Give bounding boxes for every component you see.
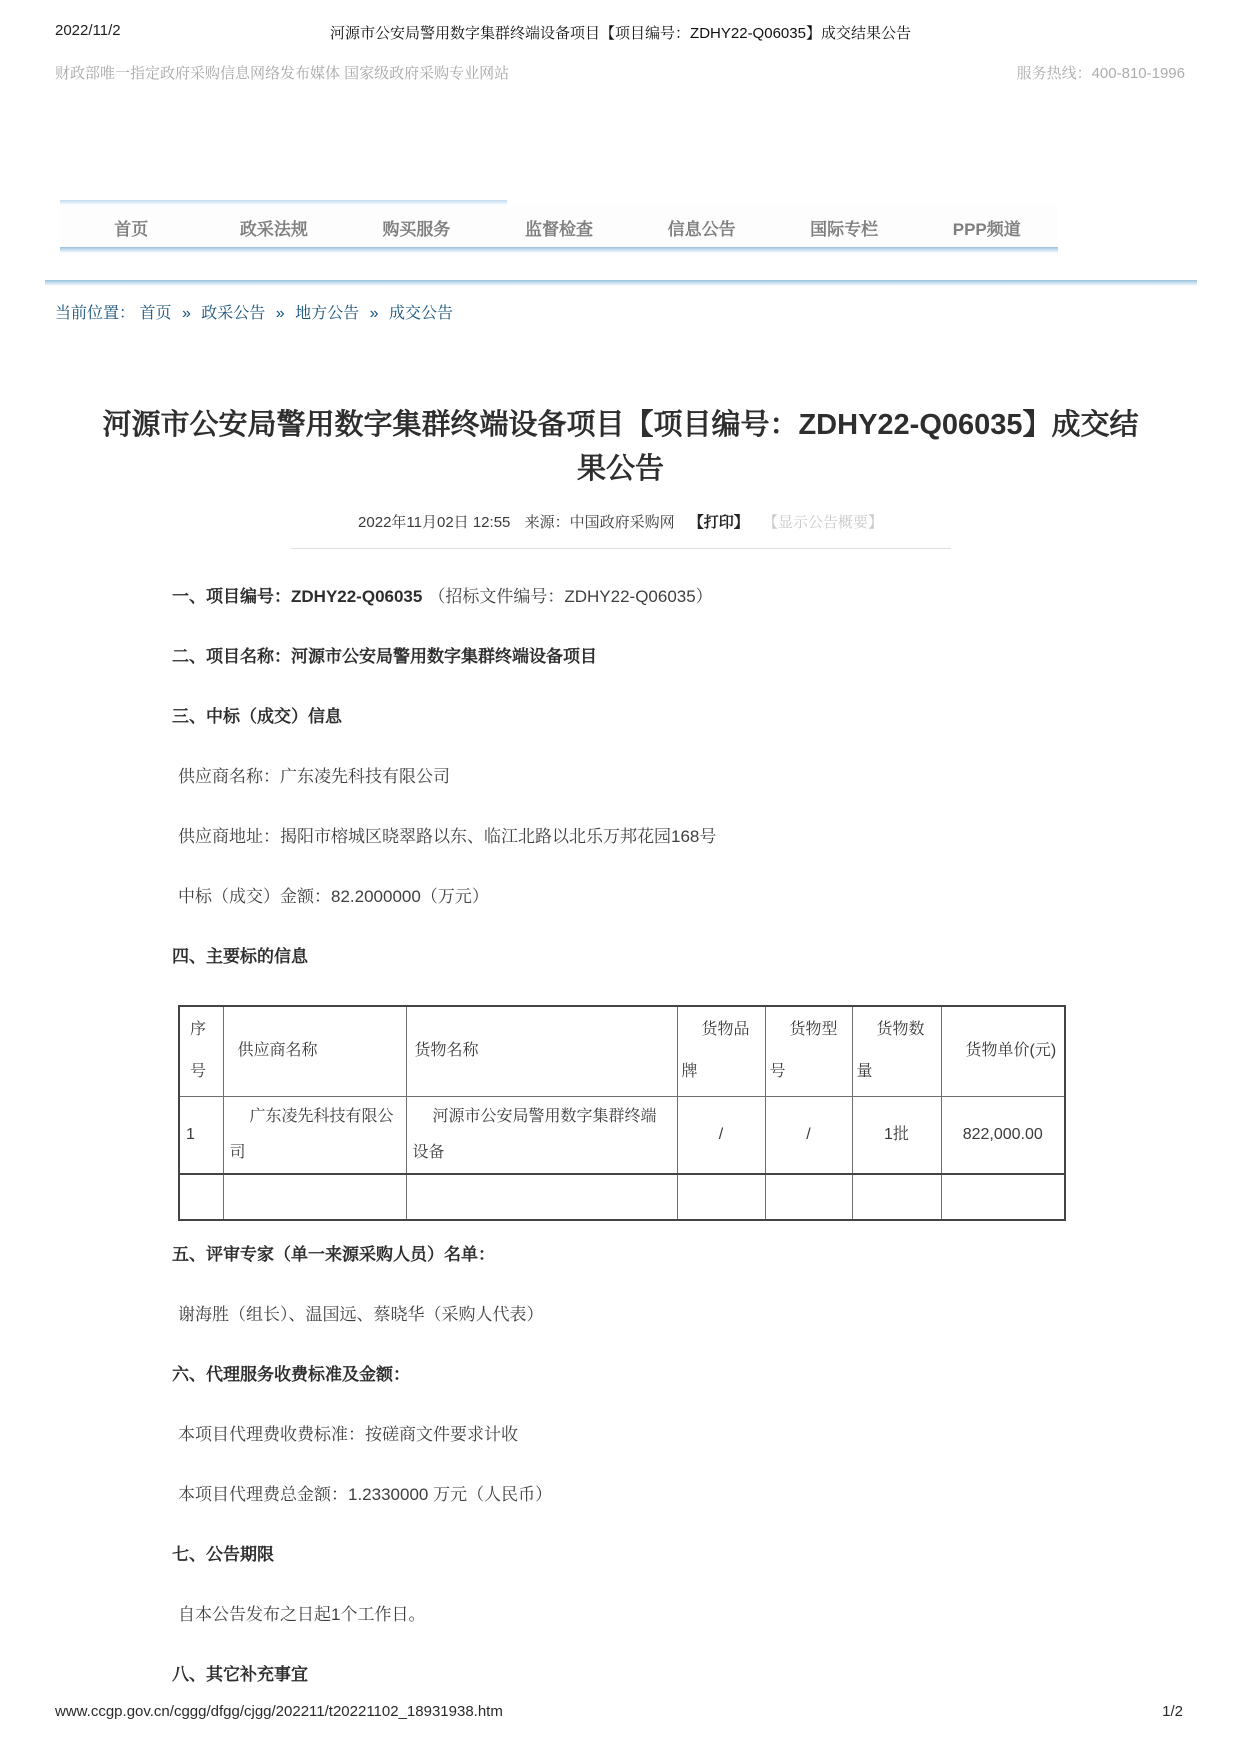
section-project-name: 二、项目名称：河源市公安局警用数字集群终端设备项目: [172, 645, 1064, 669]
source-label: 来源：中国政府采购网: [525, 514, 675, 531]
section-award-amount: 中标（成交）金额：82.2000000（万元）: [172, 885, 1064, 909]
announcement-title: 河源市公安局警用数字集群终端设备项目【项目编号：ZDHY22-Q06035】成交…: [91, 403, 1151, 491]
table-row: 1 广东凌先科技有限公司 河源市公安局警用数字集群终端设备 / / 1批 822…: [179, 1096, 1065, 1174]
nav-item-ppp-channel[interactable]: PPP频道: [915, 215, 1058, 240]
breadcrumb-link-home[interactable]: 首页: [139, 305, 171, 322]
section-supplier-address: 供应商地址：揭阳市榕城区晓翠路以东、临江北路以北乐万邦花园168号: [172, 825, 1064, 849]
footer-url: www.ccgp.gov.cn/cggg/dfgg/cjgg/202211/t2…: [55, 1703, 503, 1720]
section-experts-heading: 五、评审专家（单一来源采购人员）名单：: [172, 1243, 1064, 1267]
page: 2022/11/2 河源市公安局警用数字集群终端设备项目【项目编号：ZDHY22…: [0, 0, 1241, 1755]
section-project-number: 一、项目编号：ZDHY22-Q06035（招标文件编号：ZDHY22-Q0603…: [172, 585, 1064, 609]
print-footer: www.ccgp.gov.cn/cggg/dfgg/cjgg/202211/t2…: [0, 1703, 1241, 1723]
site-tagline: 财政部唯一指定政府采购信息网络发布媒体 国家级政府采购专业网站: [55, 62, 509, 83]
section-experts-names: 谢海胜（组长）、温国远、蔡晓华（采购人代表）: [172, 1303, 1064, 1327]
article: 河源市公安局警用数字集群终端设备项目【项目编号：ZDHY22-Q06035】成交…: [0, 403, 1241, 1723]
nav-underline: [60, 247, 1058, 253]
cell-seq: 1: [179, 1096, 223, 1174]
col-header-seq: 序号: [179, 1006, 223, 1096]
cell-empty: [406, 1174, 677, 1220]
nav-item-supervision[interactable]: 监督检查: [488, 215, 631, 240]
cell-empty: [179, 1174, 223, 1220]
cell-empty: [765, 1174, 852, 1220]
show-summary-button[interactable]: 【显示公告概要】: [763, 514, 883, 531]
cell-goods-name: 河源市公安局警用数字集群终端设备: [406, 1096, 677, 1174]
cell-empty: [677, 1174, 765, 1220]
breadcrumb-separator: »: [370, 305, 379, 322]
section-agency-fee-standard: 本项目代理费收费标准：按磋商文件要求计收: [172, 1423, 1064, 1447]
section-supplier-name: 供应商名称：广东凌先科技有限公司: [172, 765, 1064, 789]
col-header-unit-price: 货物单价(元): [941, 1006, 1065, 1096]
breadcrumb-separator: »: [182, 305, 191, 322]
cell-empty: [852, 1174, 941, 1220]
breadcrumb-link-local-announcements[interactable]: 地方公告: [295, 305, 359, 322]
breadcrumb-separator: »: [276, 305, 285, 322]
cell-empty: [223, 1174, 406, 1220]
col-header-brand: 货物品牌: [677, 1006, 765, 1096]
table-row-empty: [179, 1174, 1065, 1220]
section-main-subject-heading: 四、主要标的信息: [172, 945, 1064, 969]
nav-item-purchase-services[interactable]: 购买服务: [345, 215, 488, 240]
col-header-goods-name: 货物名称: [406, 1006, 677, 1096]
section-other-matters-heading: 八、其它补充事宜: [172, 1663, 1064, 1687]
cell-empty: [941, 1174, 1065, 1220]
footer-page-number: 1/2: [1162, 1703, 1183, 1720]
section-agency-fee-total: 本项目代理费总金额：1.2330000 万元（人民币）: [172, 1483, 1064, 1507]
col-header-quantity: 货物数量: [852, 1006, 941, 1096]
nav-item-announcements[interactable]: 信息公告: [630, 215, 773, 240]
section-period-text: 自本公告发布之日起1个工作日。: [172, 1603, 1064, 1627]
service-hotline: 服务热线：400-810-1996: [1017, 62, 1185, 83]
site-header: 财政部唯一指定政府采购信息网络发布媒体 国家级政府采购专业网站 服务热线：400…: [0, 62, 1241, 82]
print-header: 2022/11/2 河源市公安局警用数字集群终端设备项目【项目编号：ZDHY22…: [0, 22, 1241, 42]
breadcrumb-label: 当前位置：: [55, 305, 135, 322]
col-header-supplier: 供应商名称: [223, 1006, 406, 1096]
cell-unit-price: 822,000.00: [941, 1096, 1065, 1174]
nav-item-regulations[interactable]: 政采法规: [203, 215, 346, 240]
content-top-border: [45, 280, 1197, 286]
nav-item-home[interactable]: 首页: [60, 215, 203, 240]
goods-table: 序号 供应商名称 货物名称 货物品牌 货物型号 货物数量 货物单价(元) 1 广…: [178, 1005, 1066, 1221]
cell-brand: /: [677, 1096, 765, 1174]
section-award-info-heading: 三、中标（成交）信息: [172, 705, 1064, 729]
publish-datetime: 2022年11月02日 12:55: [358, 514, 510, 531]
cell-model: /: [765, 1096, 852, 1174]
breadcrumb-link-procurement-announcements[interactable]: 政采公告: [201, 305, 265, 322]
meta-divider: [291, 548, 951, 549]
breadcrumb-link-award-announcements[interactable]: 成交公告: [389, 305, 453, 322]
section-period-heading: 七、公告期限: [172, 1543, 1064, 1567]
col-header-model: 货物型号: [765, 1006, 852, 1096]
section-agency-fee-heading: 六、代理服务收费标准及金额：: [172, 1363, 1064, 1387]
nav-item-international[interactable]: 国际专栏: [773, 215, 916, 240]
article-meta: 2022年11月02日 12:55 来源：中国政府采购网 【打印】 【显示公告概…: [0, 511, 1241, 532]
print-page-title: 河源市公安局警用数字集群终端设备项目【项目编号：ZDHY22-Q06035】成交…: [0, 22, 1241, 43]
article-content: 一、项目编号：ZDHY22-Q06035（招标文件编号：ZDHY22-Q0603…: [172, 585, 1064, 1687]
breadcrumb: 当前位置： 首页 » 政采公告 » 地方公告 » 成交公告: [55, 300, 453, 323]
cell-supplier: 广东凌先科技有限公司: [223, 1096, 406, 1174]
print-button[interactable]: 【打印】: [689, 514, 749, 531]
table-header-row: 序号 供应商名称 货物名称 货物品牌 货物型号 货物数量 货物单价(元): [179, 1006, 1065, 1096]
main-nav: 首页 政采法规 购买服务 监督检查 信息公告 国际专栏 PPP频道: [60, 205, 1058, 249]
cell-quantity: 1批: [852, 1096, 941, 1174]
